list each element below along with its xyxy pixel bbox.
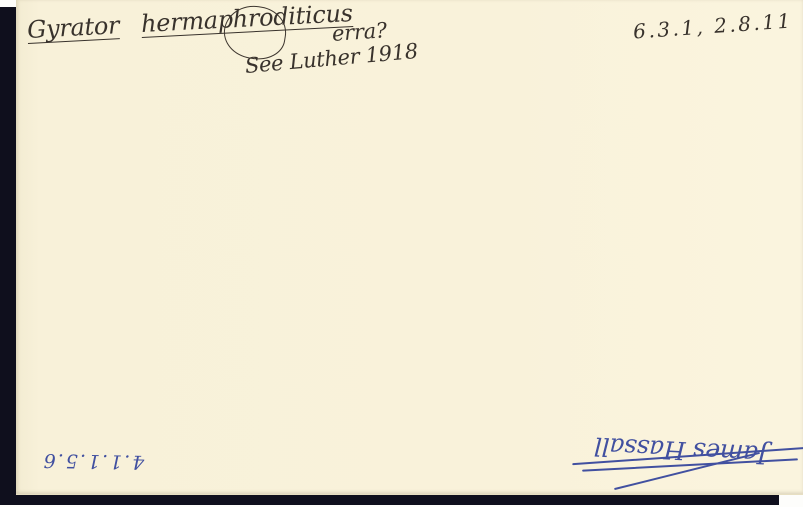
- index-card: Gyrator hermaphroditicus erra? See Luthe…: [16, 0, 803, 495]
- word-space: [126, 10, 135, 38]
- catalog-code-top-right: 6.3.1, 2.8.11: [632, 8, 793, 43]
- genus-name: Gyrator: [27, 11, 120, 44]
- taxon-name-line: Gyrator hermaphroditicus: [27, 0, 354, 44]
- scanned-index-card-page: Gyrator hermaphroditicus erra? See Luthe…: [0, 0, 803, 507]
- catalog-code-bottom-left-upside-down: 4.1.1.5.6: [38, 449, 148, 473]
